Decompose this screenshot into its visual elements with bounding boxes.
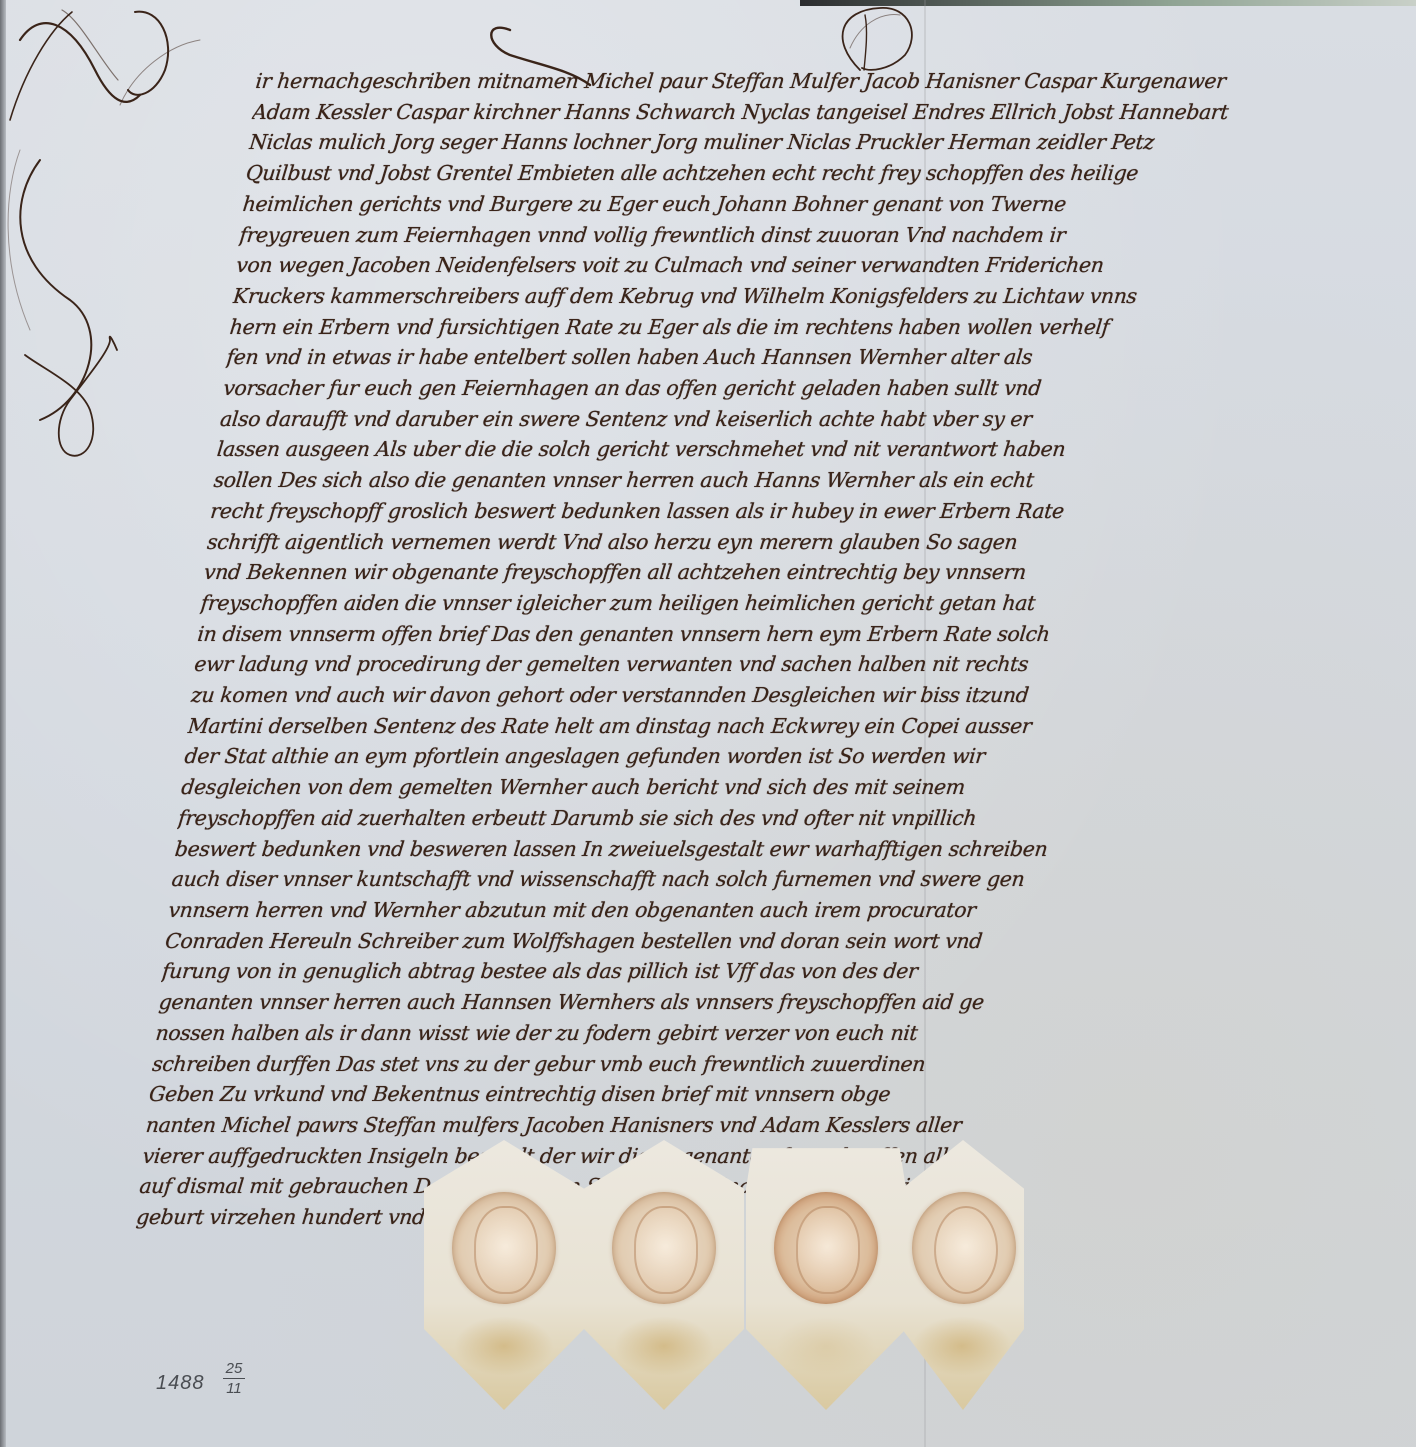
text-line: freygreuen zum Feiernhagen vnnd vollig f… [238, 220, 1416, 251]
text-line: nossen halben als ir dann wisst wie der … [154, 1018, 1357, 1049]
seal-2 [584, 1140, 744, 1410]
text-line: Quilbust vnd Jobst Grentel Embieten alle… [244, 158, 1416, 189]
stain [454, 1316, 554, 1376]
sheet-left-edge [0, 0, 6, 1447]
text-line: der Stat althie an eym pfortlein angesla… [183, 741, 1386, 772]
text-line: nanten Michel pawrs Steffan mulfers Jaco… [144, 1110, 1347, 1141]
charter-text: ir hernachgeschriben mitnamen Michel pau… [135, 66, 1416, 1233]
text-line: Kruckers kammerschreibers auff dem Kebru… [231, 281, 1416, 312]
seal-3 [746, 1140, 906, 1410]
text-line: desgleichen von dem gemelten Wernher auc… [180, 772, 1383, 803]
sheet-top-edge-background [800, 0, 1416, 6]
stain [776, 1316, 876, 1376]
seal-impression-icon [774, 1192, 878, 1304]
text-line: ewr ladung vnd procedirung der gemelten … [193, 649, 1396, 680]
seal-impression-icon [452, 1192, 556, 1304]
text-line: Martini derselben Sentenz des Rate helt … [186, 711, 1389, 742]
text-line: Geben Zu vrkund vnd Bekentnus eintrechti… [148, 1079, 1351, 1110]
seal-impression-icon [912, 1192, 1016, 1304]
text-line: Niclas mulich Jorg seger Hanns lochner J… [248, 127, 1416, 158]
stain [614, 1316, 714, 1376]
text-line: freyschopffen aiden die vnnser igleicher… [199, 588, 1402, 619]
text-line: auch diser vnnser kuntschafft vnd wissen… [170, 864, 1373, 895]
text-line: lassen ausgeen Als uber die die solch ge… [215, 434, 1416, 465]
text-line: sollen Des sich also die genanten vnnser… [212, 465, 1415, 496]
text-line: beswert bedunken vnd besweren lassen In … [173, 834, 1376, 865]
seal-4 [902, 1140, 1024, 1410]
text-line: in disem vnnserm offen brief Das den gen… [196, 619, 1399, 650]
text-line: vnnsern herren vnd Wernher abzutun mit d… [167, 895, 1370, 926]
seal-1 [424, 1140, 584, 1410]
text-line: Adam Kessler Caspar kirchner Hanns Schwa… [251, 97, 1416, 128]
text-line: vnd Bekennen wir obgenante freyschopffen… [202, 557, 1405, 588]
text-line: zu komen vnd auch wir davon gehort oder … [190, 680, 1393, 711]
text-line: von wegen Jacoben Neidenfelsers voit zu … [235, 250, 1416, 281]
text-line: hern ein Erbern vnd fursichtigen Rate zu… [228, 312, 1416, 343]
charter-sheet: ir hernachgeschriben mitnamen Michel pau… [0, 0, 1416, 1447]
archival-year: 1488 [156, 1372, 205, 1394]
text-line: ir hernachgeschriben mitnamen Michel pau… [254, 66, 1416, 97]
archival-denominator: 11 [226, 1380, 242, 1397]
stain [912, 1316, 1012, 1376]
archival-fraction: 25 11 [220, 1360, 248, 1397]
fraction-bar [223, 1378, 245, 1379]
text-line: genanten vnnser herren auch Hannsen Wern… [157, 987, 1360, 1018]
text-line: also daraufft vnd daruber ein swere Sent… [219, 404, 1416, 435]
text-line: schreiben durffen Das stet vns zu der ge… [151, 1049, 1354, 1080]
text-line: freyschopffen aid zuerhalten erbeutt Dar… [177, 803, 1380, 834]
text-line: schrifft aigentlich vernemen werdt Vnd a… [206, 527, 1409, 558]
text-line: furung von in genuglich abtrag bestee al… [161, 956, 1364, 987]
seal-impression-icon [612, 1192, 716, 1304]
text-line: heimlichen gerichts vnd Burgere zu Eger … [241, 189, 1416, 220]
text-line: vorsacher fur euch gen Feiernhagen an da… [222, 373, 1416, 404]
text-line: fen vnd in etwas ir habe entelbert solle… [225, 342, 1416, 373]
text-line: recht freyschopff groslich beswert bedun… [209, 496, 1412, 527]
text-line: Conraden Hereuln Schreiber zum Wolffshag… [164, 926, 1367, 957]
archival-pencil-note: 1488 25 11 [156, 1372, 205, 1395]
archival-numerator: 25 [226, 1360, 243, 1377]
seal-row [424, 1140, 1024, 1420]
